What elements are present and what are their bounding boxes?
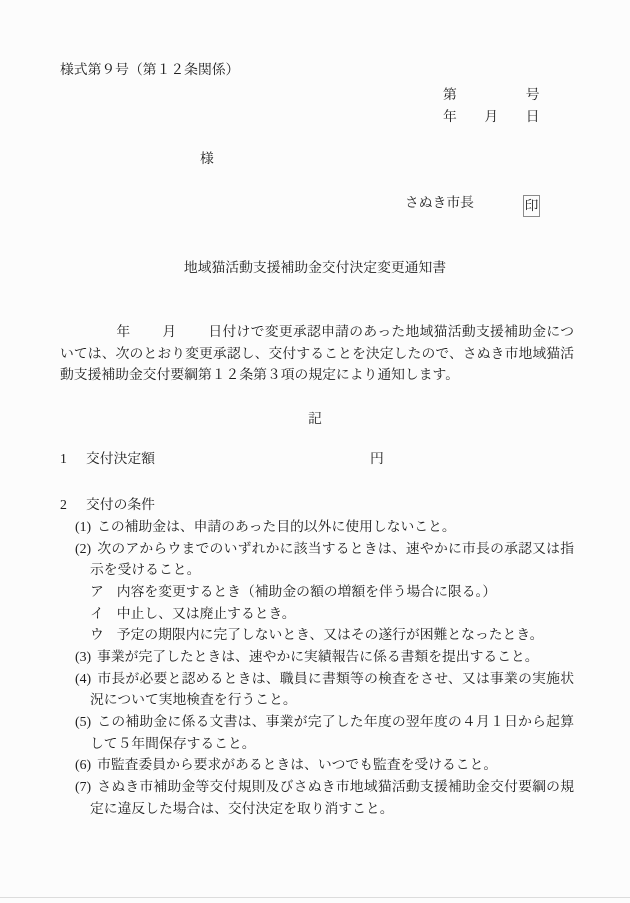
addressee-line: 様	[200, 148, 214, 170]
item-text: 事業が完了したときは、速やかに実績報告に係る書類を提出すること。	[97, 649, 539, 664]
section-label: 交付の条件	[86, 497, 155, 512]
section-conditions-heading: 2交付の条件	[60, 494, 155, 516]
condition-item: (6)市監査委員から要求があるときは、いつでも監査を受けること。	[60, 754, 574, 776]
ki-separator-label: 記	[0, 408, 630, 430]
section-label: 交付決定額	[86, 451, 155, 466]
condition-item: (5)この補助金に係る文書は、事業が完了した年度の翌年度の４月１日から起算して５…	[60, 711, 574, 754]
subitem-number: ウ	[90, 627, 104, 642]
document-number-line: 第 号	[443, 84, 540, 106]
body-paragraph: 年 月 日付けで変更承認申請のあった地域猫活動支援補助金については、次のとおり変…	[60, 321, 574, 386]
subitem-text: 中止し、又は廃止するとき。	[117, 606, 296, 621]
item-number: (3)	[75, 649, 91, 664]
currency-unit: 円	[370, 451, 384, 466]
date-line: 年 月 日	[443, 106, 540, 128]
subitem-text: 内容を変更するとき（補助金の額の増額を伴う場合に限る。）	[117, 584, 496, 599]
condition-subitem: イ中止し、又は廃止するとき。	[60, 603, 574, 625]
seal-placeholder: 印	[525, 199, 539, 213]
item-number: (6)	[75, 757, 91, 772]
item-number: (5)	[75, 714, 91, 729]
item-number: (2)	[75, 541, 91, 556]
item-text: 市監査委員から要求があるときは、いつでも監査を受けること。	[97, 757, 497, 772]
condition-item: (3)事業が完了したときは、速やかに実績報告に係る書類を提出すること。	[60, 646, 574, 668]
sender-name: さぬき市長	[405, 195, 474, 210]
condition-subitem: ア内容を変更するとき（補助金の額の増額を伴う場合に限る。）	[60, 581, 574, 603]
sender-line: さぬき市長印	[405, 192, 540, 217]
form-number: 様式第９号（第１２条関係）	[60, 59, 239, 81]
item-number: (4)	[75, 671, 91, 686]
condition-item: (1)この補助金は、申請のあった目的以外に使用しないこと。	[60, 516, 574, 538]
subitem-number: イ	[90, 606, 104, 621]
item-text: さぬき市補助金等交付規則及びさぬき市地域猫活動支援補助金交付要綱の規定に違反した…	[90, 779, 574, 816]
seal-box: 印	[523, 195, 540, 217]
item-number: (7)	[75, 779, 91, 794]
condition-item: (7)さぬき市補助金等交付規則及びさぬき市地域猫活動支援補助金交付要綱の規定に違…	[60, 776, 574, 819]
section-grant-amount: 1交付決定額円	[60, 448, 384, 470]
section-number: 2	[60, 494, 67, 516]
section-number: 1	[60, 448, 67, 470]
page-edge-divider	[0, 897, 630, 898]
subitem-text: 予定の期限内に完了しないとき、又はその遂行が困難となったとき。	[117, 627, 544, 642]
item-number: (1)	[75, 519, 91, 534]
condition-item: (2)次のアからウまでのいずれかに該当するときは、速やかに市長の承認又は指示を受…	[60, 538, 574, 581]
subitem-number: ア	[90, 584, 104, 599]
recipient-honorific: 様	[200, 151, 214, 166]
document-page: 様式第９号（第１２条関係） 第 号 年 月 日 様 さぬき市長印 地域猫活動支援…	[0, 0, 630, 903]
condition-subitem: ウ予定の期限内に完了しないとき、又はその遂行が困難となったとき。	[60, 624, 574, 646]
item-text: この補助金に係る文書は、事業が完了した年度の翌年度の４月１日から起算して５年間保…	[90, 714, 574, 751]
conditions-list: (1)この補助金は、申請のあった目的以外に使用しないこと。 (2)次のアからウま…	[60, 516, 574, 819]
item-text: この補助金は、申請のあった目的以外に使用しないこと。	[97, 519, 456, 534]
condition-item: (4)市長が必要と認めるときは、職員に書類等の検査をさせ、又は事業の実施状況につ…	[60, 668, 574, 711]
document-title: 地域猫活動支援補助金交付決定変更通知書	[0, 257, 630, 279]
item-text: 市長が必要と認めるときは、職員に書類等の検査をさせ、又は事業の実施状況について実…	[90, 671, 574, 708]
item-text: 次のアからウまでのいずれかに該当するときは、速やかに市長の承認又は指示を受けるこ…	[90, 541, 574, 578]
